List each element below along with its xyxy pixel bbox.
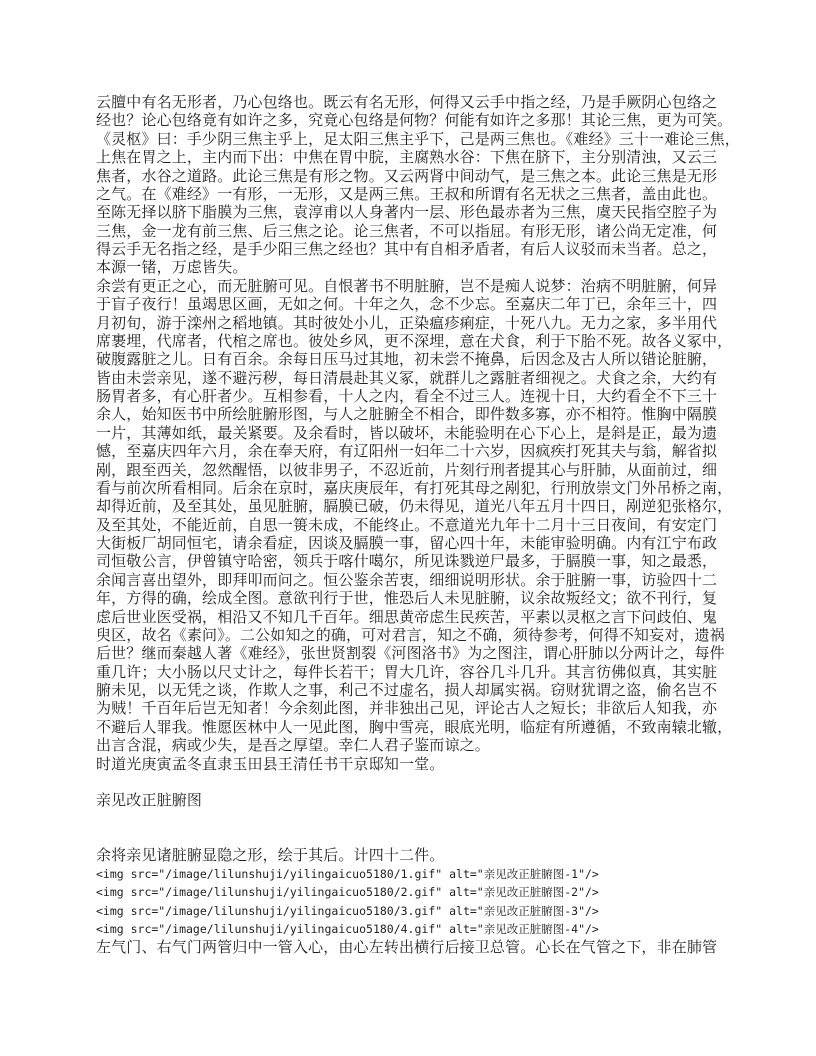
text-line: 一片，其薄如纸，最关紧要。及余看时，皆以破坏，未能验明在心下心上，是斜是正，最为…	[96, 424, 728, 442]
blank-line	[96, 773, 728, 791]
img-tag-text-line: <img src="/image/lilunshuji/yilingaicuo5…	[96, 865, 728, 883]
img-tag-text-line: <img src="/image/lilunshuji/yilingaicuo5…	[96, 920, 728, 938]
blank-line	[96, 828, 728, 846]
text-line: 于盲子夜行！虽竭思区画，无如之何。十年之久，念不少忘。至嘉庆二年丁已，余年三十，…	[96, 295, 728, 313]
text-line: 憾，至嘉庆四年六月，余在奉天府，有辽阳州一妇年二十六岁，因疯疾打死其夫与翁，解省…	[96, 442, 728, 460]
text-line: 云膻中有名无形者，乃心包络也。既云有名无形，何得又云手中指之经，乃是手厥阴心包络…	[96, 93, 728, 111]
text-line: 经也？论心包络竟有如许之多，究竟心包络是何物？何能有如许之多那！其论三焦，更为可…	[96, 111, 728, 129]
text-line: 《灵枢》曰：手少阴三焦主乎上，足太阳三焦主乎下，己是两三焦也。《难经》三十一难论…	[96, 130, 728, 148]
text-line: 虑后世业医受祸，相沿又不知几千百年。细思黄帝虑生民疾苦，平素以灵枢之言下问歧伯、…	[96, 608, 728, 626]
text-line: 之气。在《难经》一有形，一无形，又是两三焦。王叔和所谓有名无状之三焦者，盖由此也…	[96, 185, 728, 203]
text-line: 看与前次所看相同。后余在京时，嘉庆庚辰年，有打死其母之剐犯，行刑放崇文门外吊桥之…	[96, 479, 728, 497]
document-page: { "document": { "lines": [ {"text": "云膻中…	[0, 0, 816, 1056]
text-line: 本源一锗，万虑皆失。	[96, 258, 728, 276]
text-line: 左气门、右气门两管归中一管入心，由心左转出横行后接卫总管。心长在气管之下，非在肺…	[96, 938, 728, 956]
text-line: 皆由未尝亲见，遂不避污秽，每日清晨赴其义冢，就群儿之露脏者细视之。犬食之余，大约…	[96, 369, 728, 387]
text-line: 后世？继而秦越人著《难经》，张世贤割裂《河图洛书》为之图注，谓心肝肺以分两计之，…	[96, 644, 728, 662]
text-line: 司恒敬公言，伊曾镇守哈密，领兵于喀什噶尔，所见诛戮逆尸最多，于膈膜一事，知之最悉…	[96, 552, 728, 570]
text-line: 剐，跟至西关，忽然醒悟，以彼非男子，不忍近前，片刻行刑者提其心与肝肺，从面前过，…	[96, 461, 728, 479]
text-line: 不避后人罪我。惟愿医林中人一见此图，胸中雪亮，眼底光明，临症有所遵循，不致南辕北…	[96, 718, 728, 736]
text-line: 出言含混，病或少失，是吾之厚望。幸仁人君子鉴而谅之。	[96, 736, 728, 754]
text-block: 云膻中有名无形者，乃心包络也。既云有名无形，何得又云手中指之经，乃是手厥阴心包络…	[96, 93, 728, 957]
text-line: 却得近前，及至其处，虽见脏腑，膈膜已破，仍未得见，道光八年五月十四日，剐逆犯张格…	[96, 497, 728, 515]
text-line: 及至其处，不能近前，自思一篑未成，不能终止。不意道光九年十二月十三日夜间，有安定…	[96, 516, 728, 534]
text-line: 得云手无名指之经，是手少阳三焦之经也？其中有自相矛盾者，有后人议驳而未当者。总之…	[96, 240, 728, 258]
text-line: 余将亲见诸脏腑显隐之形，绘于其后。计四十二件。	[96, 846, 728, 864]
text-line: 破腹露脏之儿。日有百余。余每日压马过其地，初未尝不掩鼻，后因念及古人所以错论脏腑…	[96, 350, 728, 368]
text-line: 上焦在胃之上，主内而下出：中焦在胃中脘，主腐熟水谷：下焦在脐下，主分别清浊，又云…	[96, 148, 728, 166]
text-line: 重几许；大小肠以尺丈计之，每件长若干；胃大几许，容谷几斗几升。其言彷佛似真，其实…	[96, 663, 728, 681]
text-line: 年，方得的确，绘成全图。意欲刊行于世，惟恐后人未见脏腑，议余故叛经文；欲不刊行，…	[96, 589, 728, 607]
text-line: 大街板厂胡同恒宅，请余看症，因谈及膈膜一事，留心四十年，未能审验明确。内有江宁布…	[96, 534, 728, 552]
text-line: 余闻言喜出望外，即拜叩而问之。恒公鉴余苦衷，细细说明形状。余于脏腑一事，访验四十…	[96, 571, 728, 589]
text-line: 腑未见，以无凭之谈，作欺人之事，利己不过虚名，损人却属实祸。窃财犹谓之盗，偷名岂…	[96, 681, 728, 699]
text-line: 月初旬，游于滦州之稻地镇。其时彼处小儿，正染瘟疹痢症，十死八九。无力之家，多半用…	[96, 314, 728, 332]
text-line: 肠胃者多，有心肝者少。互相参看，十人之内，看全不过三人。连视十日，大约看全不下三…	[96, 387, 728, 405]
text-line: 席裹埋，代席者，代棺之席也。彼处乡风，更不深埋，意在犬食，利于下胎不死。故各义冢…	[96, 332, 728, 350]
text-line: 余人，始知医书中所绘脏腑形图，与人之脏腑全不相合，即件数多寡，亦不相符。惟胸中隔…	[96, 405, 728, 423]
text-line: 三焦，金一龙有前三焦、后三焦之论。论三焦者，不可以指屈。有形无形，诸公尚无定准，…	[96, 222, 728, 240]
blank-line	[96, 810, 728, 828]
text-line: 余尝有更正之心，而无脏腑可见。自恨著书不明脏腑，岂不是痴人说梦：治病不明脏腑，何…	[96, 277, 728, 295]
text-line: 臾区，故名《素问》。二公如知之的确，可对君言，知之不确，须待参考，何得不知妄对，…	[96, 626, 728, 644]
section-heading: 亲见改正脏腑图	[96, 791, 728, 809]
signature-line: 时道光庚寅孟冬直隶玉田县王清任书干京邸知一堂。	[96, 755, 728, 773]
img-tag-text-line: <img src="/image/lilunshuji/yilingaicuo5…	[96, 883, 728, 901]
img-tag-text-line: <img src="/image/lilunshuji/yilingaicuo5…	[96, 902, 728, 920]
text-line: 焦者，水谷之道路。此论三焦是有形之物。又云两肾中间动气，是三焦之本。此论三焦是无…	[96, 167, 728, 185]
text-line: 至陈无择以脐下脂膜为三焦，袁淳甫以人身著内一层、形色最赤者为三焦，虞天民指空腔子…	[96, 203, 728, 221]
text-line: 为贼！千百年后岂无知者！今余刻此图，并非独出己见，评论古人之短长；非欲后人知我，…	[96, 699, 728, 717]
